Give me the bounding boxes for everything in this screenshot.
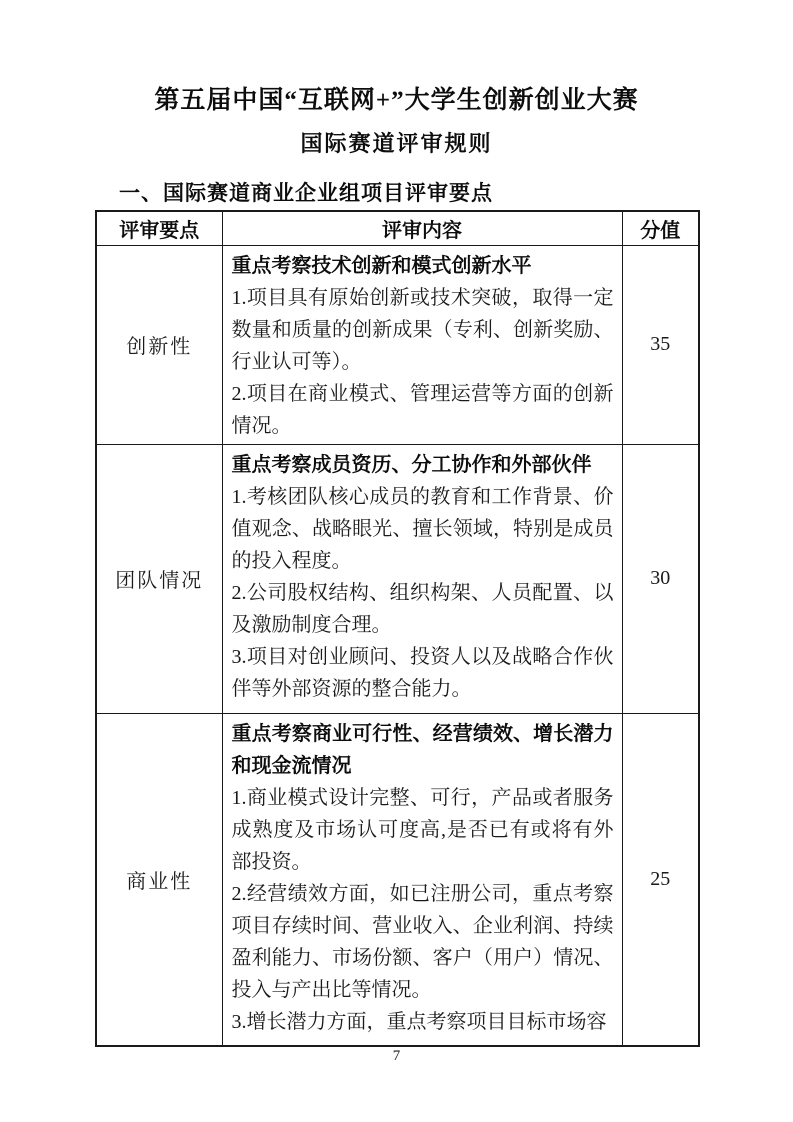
score-value: 35	[622, 245, 699, 444]
table-header-row: 评审要点 评审内容 分值	[96, 211, 699, 245]
criterion-label: 团队情况	[96, 444, 222, 713]
review-criteria-table: 评审要点 评审内容 分值 创新性 重点考察技术创新和模式创新水平 1.项目具有原…	[95, 210, 700, 1047]
content-cell: 重点考察成员资历、分工协作和外部伙伴 1.考核团队核心成员的教育和工作背景、价值…	[222, 444, 622, 713]
criterion-label: 创新性	[96, 245, 222, 444]
column-header-criterion: 评审要点	[96, 211, 222, 245]
content-lead: 重点考察成员资历、分工协作和外部伙伴	[232, 449, 614, 481]
content-item: 2.经营绩效方面，如已注册公司，重点考察项目存续时间、营业收入、企业利润、持续盈…	[232, 878, 614, 1006]
score-value: 25	[622, 713, 699, 1046]
table-row-innovation: 创新性 重点考察技术创新和模式创新水平 1.项目具有原始创新或技术突破，取得一定…	[96, 245, 699, 444]
content-item: 3.增长潜力方面，重点考察项目目标市场容	[232, 1006, 614, 1038]
document-title: 第五届中国“互联网+”大学生创新创业大赛	[0, 80, 793, 116]
column-header-score: 分值	[622, 211, 699, 245]
section-heading: 一、国际赛道商业企业组项目评审要点	[119, 177, 493, 207]
content-item: 1.考核团队核心成员的教育和工作背景、价值观念、战略眼光、擅长领域，特别是成员的…	[232, 481, 614, 577]
content-item: 1.商业模式设计完整、可行，产品或者服务成熟度及市场认可度高,是否已有或将有外部…	[232, 782, 614, 878]
page-number: 7	[0, 1048, 793, 1065]
content-item: 2.项目在商业模式、管理运营等方面的创新情况。	[232, 378, 614, 442]
table-row-commercial: 商业性 重点考察商业可行性、经营绩效、增长潜力和现金流情况 1.商业模式设计完整…	[96, 713, 699, 1046]
content-item: 2.公司股权结构、组织构架、人员配置、以及激励制度合理。	[232, 577, 614, 641]
column-header-content: 评审内容	[222, 211, 622, 245]
criterion-label: 商业性	[96, 713, 222, 1046]
score-value: 30	[622, 444, 699, 713]
content-lead: 重点考察技术创新和模式创新水平	[232, 250, 614, 282]
table-head: 评审要点 评审内容 分值	[96, 211, 699, 245]
content-cell: 重点考察商业可行性、经营绩效、增长潜力和现金流情况 1.商业模式设计完整、可行，…	[222, 713, 622, 1046]
content-item: 3.项目对创业顾问、投资人以及战略合作伙伴等外部资源的整合能力。	[232, 641, 614, 705]
content-cell: 重点考察技术创新和模式创新水平 1.项目具有原始创新或技术突破，取得一定数量和质…	[222, 245, 622, 444]
content-item: 1.项目具有原始创新或技术突破，取得一定数量和质量的创新成果（专利、创新奖励、行…	[232, 282, 614, 378]
document-subtitle: 国际赛道评审规则	[0, 127, 793, 158]
document-page: 第五届中国“互联网+”大学生创新创业大赛 国际赛道评审规则 一、国际赛道商业企业…	[0, 0, 793, 1122]
table-body: 创新性 重点考察技术创新和模式创新水平 1.项目具有原始创新或技术突破，取得一定…	[96, 245, 699, 1046]
content-lead: 重点考察商业可行性、经营绩效、增长潜力和现金流情况	[232, 718, 614, 782]
table-row-team: 团队情况 重点考察成员资历、分工协作和外部伙伴 1.考核团队核心成员的教育和工作…	[96, 444, 699, 713]
